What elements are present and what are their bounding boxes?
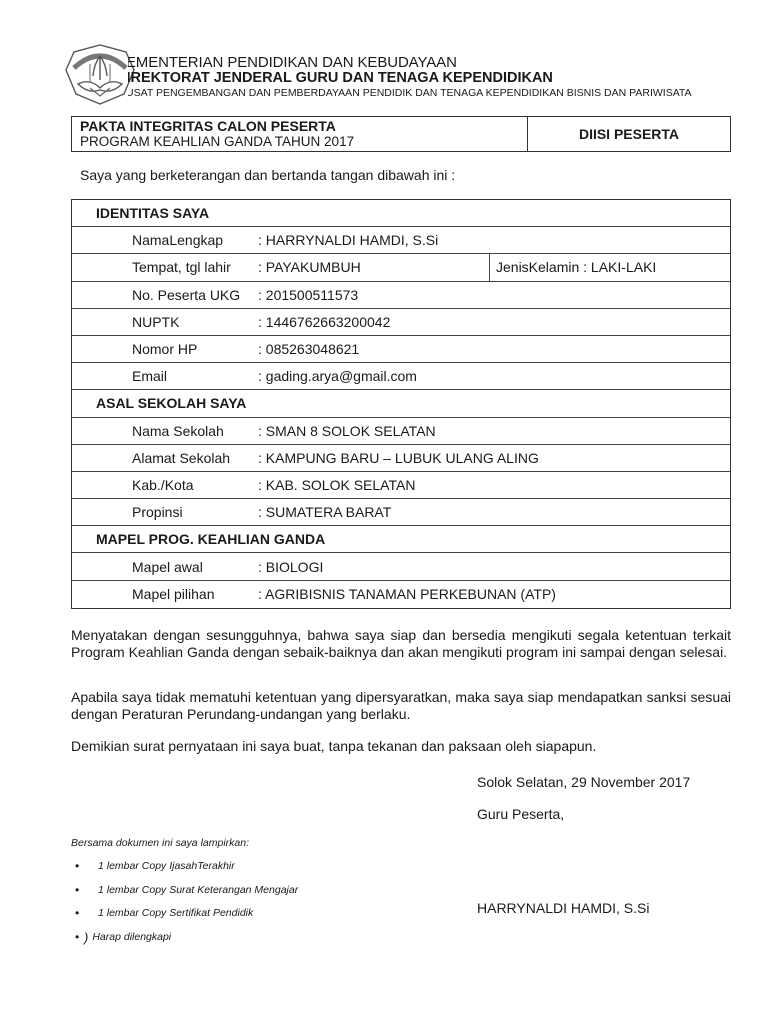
field-label: No. Peserta UKG xyxy=(72,287,258,303)
table-row: Mapel pilihan : AGRIBISNIS TANAMAN PERKE… xyxy=(72,581,730,608)
identity-form-table: IDENTITAS SAYA NamaLengkap : HARRYNALDI … xyxy=(71,199,731,609)
field-label: NamaLengkap xyxy=(72,232,258,248)
gender-value: JenisKelamin : LAKI-LAKI xyxy=(489,253,656,281)
note-text: Harap dilengkapi xyxy=(92,931,171,943)
table-row: Alamat Sekolah : KAMPUNG BARU – LUBUK UL… xyxy=(72,445,730,472)
intro-text: Saya yang berketerangan dan bertanda tan… xyxy=(80,167,455,183)
ukg-number-value: : 201500511573 xyxy=(258,287,730,303)
attachments-list: • 1 lembar Copy IjasahTerakhir • 1 lemba… xyxy=(71,854,298,949)
field-label: Tempat, tgl lahir xyxy=(72,259,258,275)
field-label: Alamat Sekolah xyxy=(72,450,258,466)
center-name: PUSAT PENGEMBANGAN DAN PEMBERDAYAAN PEND… xyxy=(128,87,692,99)
title-box: PAKTA INTEGRITAS CALON PESERTA PROGRAM K… xyxy=(71,116,731,152)
table-row: NamaLengkap : HARRYNALDI HAMDI, S.Si xyxy=(72,227,730,254)
phone-value: : 085263048621 xyxy=(258,341,730,357)
field-label: Kab./Kota xyxy=(72,477,258,493)
attachment-text: 1 lembar Copy Surat Keterangan Mengajar xyxy=(98,884,298,896)
document-subtitle: PROGRAM KEAHLIAN GANDA TAHUN 2017 xyxy=(80,134,527,150)
list-item: • 1 lembar Copy Sertifikat Pendidik xyxy=(71,902,298,926)
full-name-value: : HARRYNALDI HAMDI, S.Si xyxy=(258,232,730,248)
letterhead: KEMENTERIAN PENDIDIKAN DAN KEBUDAYAAN DI… xyxy=(128,50,728,110)
document-title: PAKTA INTEGRITAS CALON PESERTA xyxy=(80,118,527,134)
attachment-text: 1 lembar Copy IjasahTerakhir xyxy=(98,860,235,872)
table-row: NUPTK : 1446762663200042 xyxy=(72,309,730,336)
list-item: • ) Harap dilengkapi xyxy=(71,925,298,949)
school-name-value: : SMAN 8 SOLOK SELATAN xyxy=(258,423,730,439)
title-left-cell: PAKTA INTEGRITAS CALON PESERTA PROGRAM K… xyxy=(72,117,528,151)
province-value: : SUMATERA BARAT xyxy=(258,504,730,520)
field-label: Email xyxy=(72,368,258,384)
nuptk-value: : 1446762663200042 xyxy=(258,314,730,330)
bullet-icon: • xyxy=(71,930,84,944)
table-row: Propinsi : SUMATERA BARAT xyxy=(72,499,730,526)
ministry-name: KEMENTERIAN PENDIDIKAN DAN KEBUDAYAAN xyxy=(128,54,457,71)
list-item: • 1 lembar Copy Surat Keterangan Mengaja… xyxy=(71,878,298,902)
sanction-paragraph: Apabila saya tidak mematuhi ketentuan ya… xyxy=(71,689,731,723)
directorate-name: DIREKTORAT JENDERAL GURU DAN TENAGA KEPE… xyxy=(128,70,553,86)
place-date: Solok Selatan, 29 November 2017 xyxy=(477,774,690,790)
section-heading-school: ASAL SEKOLAH SAYA xyxy=(72,390,730,417)
table-row: Tempat, tgl lahir : PAYAKUMBUH JenisKela… xyxy=(72,254,730,281)
signer-name: HARRYNALDI HAMDI, S.Si xyxy=(477,900,649,916)
bullet-icon: • xyxy=(71,859,98,873)
email-value: : gading.arya@gmail.com xyxy=(258,368,730,384)
table-row: Mapel awal : BIOLOGI xyxy=(72,553,730,580)
closing-paragraph: Demikian surat pernyataan ini saya buat,… xyxy=(71,738,731,755)
regency-value: : KAB. SOLOK SELATAN xyxy=(258,477,730,493)
field-label: Mapel pilihan xyxy=(72,586,258,602)
field-label: Nomor HP xyxy=(72,341,258,357)
signer-role: Guru Peserta, xyxy=(477,806,564,822)
initial-subject-value: : BIOLOGI xyxy=(258,559,730,575)
table-row: Email : gading.arya@gmail.com xyxy=(72,363,730,390)
bullet-icon: • xyxy=(71,906,98,920)
field-label: Propinsi xyxy=(72,504,258,520)
section-heading-identity: IDENTITAS SAYA xyxy=(72,200,730,227)
section-heading-subject: MAPEL PROG. KEAHLIAN GANDA xyxy=(72,526,730,553)
note-paren: ) xyxy=(84,930,88,945)
bullet-icon: • xyxy=(71,883,98,897)
table-row: Kab./Kota : KAB. SOLOK SELATAN xyxy=(72,472,730,499)
attachments-title: Bersama dokumen ini saya lampirkan: xyxy=(71,837,249,849)
chosen-subject-value: : AGRIBISNIS TANAMAN PERKEBUNAN (ATP) xyxy=(258,586,730,602)
attachment-text: 1 lembar Copy Sertifikat Pendidik xyxy=(98,907,253,919)
table-row: Nama Sekolah : SMAN 8 SOLOK SELATAN xyxy=(72,418,730,445)
filled-by-label: DIISI PESERTA xyxy=(528,117,730,151)
list-item: • 1 lembar Copy IjasahTerakhir xyxy=(71,854,298,878)
table-row: No. Peserta UKG : 201500511573 xyxy=(72,282,730,309)
statement-paragraph: Menyatakan dengan sesungguhnya, bahwa sa… xyxy=(71,627,731,661)
field-label: Mapel awal xyxy=(72,559,258,575)
school-address-value: : KAMPUNG BARU – LUBUK ULANG ALING xyxy=(258,450,730,466)
field-label: NUPTK xyxy=(72,314,258,330)
table-row: Nomor HP : 085263048621 xyxy=(72,336,730,363)
field-label: Nama Sekolah xyxy=(72,423,258,439)
